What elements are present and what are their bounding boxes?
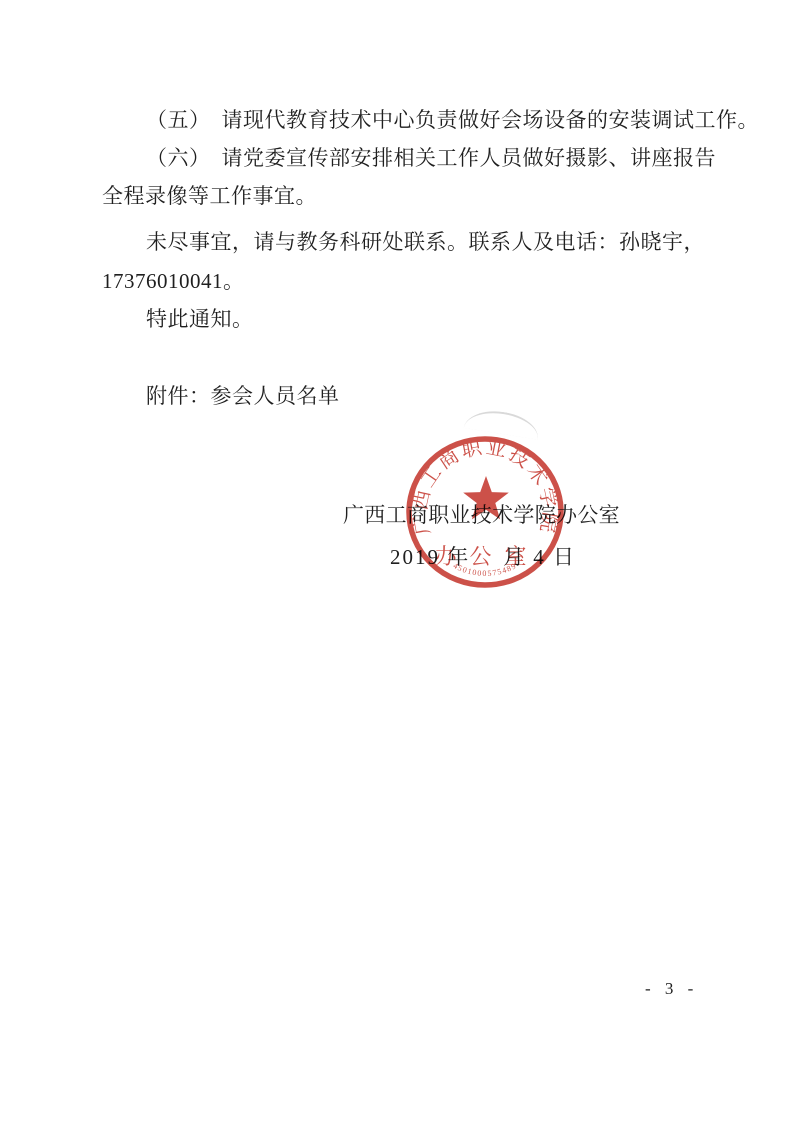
- doc-line: 全程录像等工作事宜。: [102, 185, 317, 208]
- official-seal-stamp: 广西工商职业技术学院 办公室 4501000575489: [398, 428, 573, 598]
- stamp-office-text: 办公室: [434, 544, 539, 569]
- star-icon: [463, 476, 509, 519]
- doc-line: （六） 请党委宣传部安排相关工作人员做好摄影、讲座报告: [146, 147, 716, 170]
- attachment-line: 附件：参会人员名单: [146, 385, 340, 408]
- doc-line: 未尽事宜，请与教务科研处联系。联系人及电话：孙晓宇，: [146, 231, 705, 254]
- document-page: （五） 请现代教育技术中心负责做好会场设备的安装调试工作。 （六） 请党委宣传部…: [0, 0, 794, 1123]
- page-number: - 3 -: [645, 979, 698, 999]
- doc-line: 17376010041。: [102, 270, 245, 293]
- doc-line: 特此通知。: [146, 308, 254, 331]
- doc-line: （五） 请现代教育技术中心负责做好会场设备的安装调试工作。: [146, 109, 759, 132]
